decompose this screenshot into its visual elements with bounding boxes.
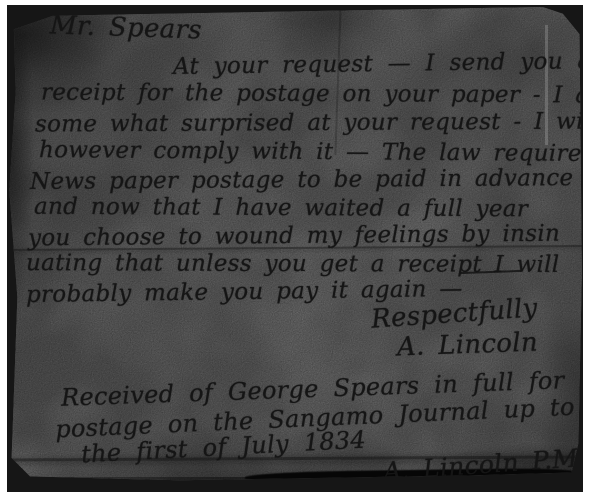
letter-line-6: and now that I have waited a full year <box>34 196 528 222</box>
letter-signature: A. Lincoln <box>397 330 539 361</box>
letter-line-4: however comply with it — The law require… <box>39 139 590 166</box>
letter-line-3: some what surprised at your request - I … <box>35 111 590 137</box>
letter-line-2: receipt for the postage on your paper - … <box>41 82 590 108</box>
photo-background: Mr. Spears At your request — I send you … <box>7 5 583 492</box>
letter-line-8: uating that unless you get a receipt I w… <box>26 252 560 277</box>
letter-line-1: At your request — I send you a <box>173 50 590 79</box>
bottom-shadow-strip <box>7 477 583 486</box>
letter-salutation: Mr. Spears <box>50 12 203 43</box>
receipt-signature: A. Lincoln P.M. <box>382 445 587 484</box>
letter-line-5: News paper postage to be paid in advance <box>30 167 574 194</box>
letter-photograph: Mr. Spears At your request — I send you … <box>0 0 590 501</box>
paper-sheet: Mr. Spears At your request — I send you … <box>7 5 583 492</box>
letter-line-7: you choose to wound my feelings by insin <box>28 223 560 251</box>
